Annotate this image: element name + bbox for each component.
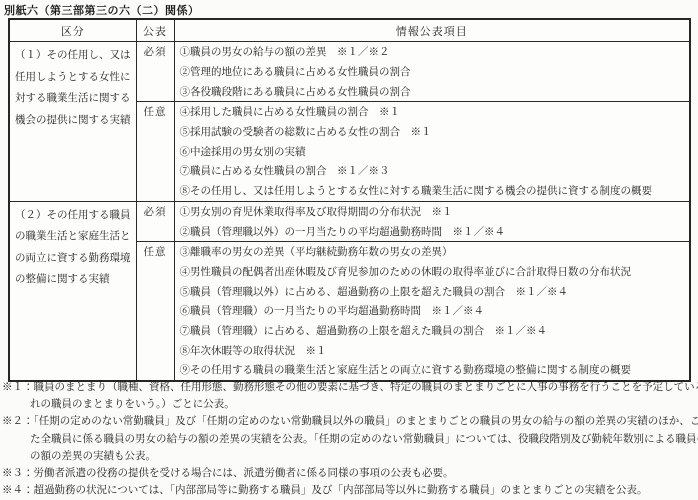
table-item: ⑧その任用し、又は任用しようとする女性に対する職業生活に関する機会の提供に資する… — [175, 181, 690, 201]
table-item: ②職員（管理職以外）の一月当たりの平均超過勤務時間 ※１／※４ — [175, 221, 690, 241]
footnotes: ※１：職員のまとまり（職種、資格、任用形態、勤務形態その他の要素に基づき、特定の… — [2, 379, 698, 499]
table-item: ⑦職員（管理職）に占める、超過勤務の上限を超えた職員の割合 ※１／※４ — [175, 321, 690, 341]
footnote-line: ※１：職員のまとまり（職種、資格、任用形態、勤務形態その他の要素に基づき、特定の… — [2, 379, 698, 396]
footnote-line: ※４：超過勤務の状況については、「内部部局等に勤務する職員」及び「内部部局等以外… — [2, 482, 698, 499]
items-cell: ①職員の男女の給与の額の差異 ※１／※２ ②管理的地位にある職員に占める女性職員… — [174, 42, 690, 102]
disclosure-items-table: 区分 公表 情報公表項目 （１）その任用し、又は任用しようとする女性に対する職業… — [8, 18, 691, 382]
items-cell: ③離職率の男女の差異（平均継続勤務年数の男女の差異） ④男性職員の配偶者出産休暇… — [174, 241, 690, 380]
table-item: ④採用した職員に占める女性職員の割合 ※１ — [175, 102, 690, 122]
table-item: ⑤採用試験の受験者の総数に占める女性の割合 ※１ — [175, 122, 690, 142]
column-header-items: 情報公表項目 — [174, 19, 690, 42]
table-item: ③各役職段階にある職員に占める女性職員の割合 — [175, 81, 690, 101]
footnote-line: れの職員のまとまりをいう。）ごとに公表。 — [2, 396, 698, 413]
table-item: ①男女別の育児休業取得率及び取得期間の分布状況 ※１ — [175, 202, 690, 222]
column-header-category: 区分 — [9, 19, 136, 42]
footnote-line: ※３：労働者派遣の役務の提供を受ける場合には、派遣労働者に係る同様の事項の公表も… — [2, 465, 698, 482]
table-row: （１）その任用し、又は任用しようとする女性に対する職業生活に関する機会の提供に関… — [9, 42, 690, 102]
table-item: ⑥職員（管理職）の一月当たりの平均超過勤務時間 ※１／※４ — [175, 301, 690, 321]
table-row: （２）その任用する職員の職業生活と家庭生活との両立に資する勤務環境の整備に関する… — [9, 201, 690, 241]
document-page: 別紙六（第三部第三の六（二）関係） 区分 公表 情報公表項目 （１）その任用し、… — [0, 0, 698, 500]
footnote-line: の額の差異の実績も公表。 — [2, 448, 698, 465]
table-item: ⑤職員（管理職以外）に占める、超過勤務の上限を超えた職員の割合 ※１／※４ — [175, 281, 690, 301]
footnote-line: た全職員に係る職員の男女の給与の額の差異の実績を公表。「任期の定めのない常勤職員… — [2, 431, 698, 448]
table-item: ⑧年次休暇等の取得状況 ※１ — [175, 340, 690, 360]
category-cell-2: （２）その任用する職員の職業生活と家庭生活との両立に資する勤務環境の整備に関する… — [9, 201, 136, 381]
publish-type-optional-2: 任意 — [136, 241, 174, 380]
table-item: ⑥中途採用の男女別の実績 — [175, 141, 690, 161]
category-cell-1: （１）その任用し、又は任用しようとする女性に対する職業生活に関する機会の提供に関… — [9, 42, 136, 202]
table-item: ③離職率の男女の差異（平均継続勤務年数の男女の差異） — [175, 242, 690, 262]
items-cell: ④採用した職員に占める女性職員の割合 ※１ ⑤採用試験の受験者の総数に占める女性… — [174, 102, 690, 201]
table-item: ④男性職員の配偶者出産休暇及び育児参加のための休暇の取得率並びに合計取得日数の分… — [175, 262, 690, 282]
column-header-publish: 公表 — [136, 19, 174, 42]
table-header-row: 区分 公表 情報公表項目 — [9, 19, 690, 42]
page-title: 別紙六（第三部第三の六（二）関係） — [4, 2, 200, 18]
table-item: ⑦職員に占める女性職員の割合 ※１／※３ — [175, 161, 690, 181]
publish-type-required-1: 必須 — [136, 42, 174, 102]
publish-type-optional-1: 任意 — [136, 102, 174, 201]
footnote-line: ※２：「任期の定めのない常勤職員」及び「任期の定めのない常勤職員以外の職員」のま… — [2, 413, 698, 430]
table-item: ①職員の男女の給与の額の差異 ※１／※２ — [175, 42, 690, 62]
items-cell: ①男女別の育児休業取得率及び取得期間の分布状況 ※１ ②職員（管理職以外）の一月… — [174, 201, 690, 241]
table-item: ②管理的地位にある職員に占める女性職員の割合 — [175, 62, 690, 82]
table-item: ⑨その任用する職員の職業生活と家庭生活との両立に資する勤務環境の整備に関する制度… — [175, 360, 690, 380]
publish-type-required-2: 必須 — [136, 201, 174, 241]
